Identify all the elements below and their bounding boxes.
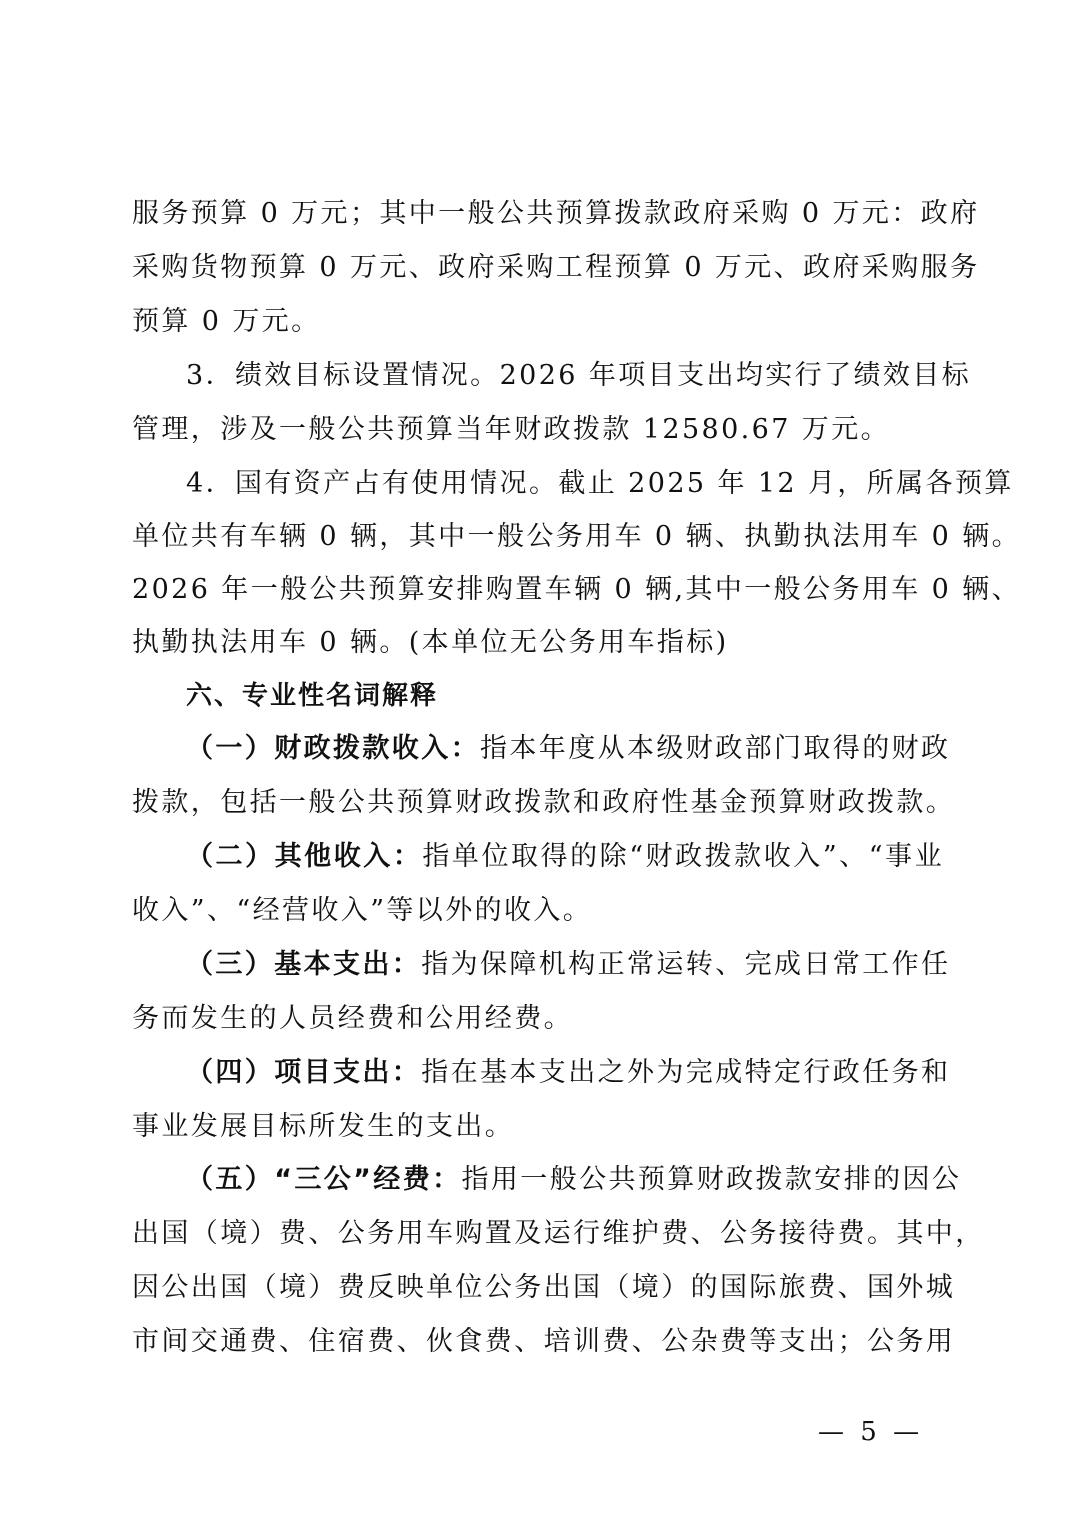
paragraph-line: 3．绩效目标设置情况。2026 年项目支出均实行了绩效目标 (186, 358, 944, 394)
definition-line: （一）财政拨款收入：指本年度从本级财政部门取得的财政 (186, 731, 944, 767)
definition-line: 拨款，包括一般公共预算财政拨款和政府性基金预算财政拨款。 (132, 785, 944, 821)
definition-text: 指在基本支出之外为完成特定行政任务和 (421, 1057, 950, 1088)
paragraph-line: 单位共有车辆 0 辆，其中一般公务用车 0 辆、执勤执法用车 0 辆。 (132, 519, 944, 555)
definition-text: 指单位取得的除“财政拨款收入”、“事业 (422, 841, 944, 872)
paragraph-line: 4．国有资产占有使用情况。截止 2025 年 12 月，所属各预算 (186, 466, 944, 502)
definition-text: 指用一般公共预算财政拨款安排的因公 (462, 1164, 962, 1195)
document-page: 服务预算 0 万元；其中一般公共预算拨款政府采购 0 万元：政府 采购货物预算 … (0, 0, 1074, 1520)
definition-line: 因公出国（境）费反映单位公务出国（境）的国际旅费、国外城 (132, 1270, 944, 1306)
definition-line: （五）“三公”经费：指用一般公共预算财政拨款安排的因公 (186, 1162, 944, 1198)
paragraph-line: 执勤执法用车 0 辆。(本单位无公务用车指标) (132, 625, 944, 661)
definition-line: 出国（境）费、公务用车购置及运行维护费、公务接待费。其中， (132, 1216, 944, 1252)
definition-text: 指为保障机构正常运转、完成日常工作任 (421, 949, 950, 980)
definition-line: （三）基本支出：指为保障机构正常运转、完成日常工作任 (186, 947, 944, 983)
definition-line: 事业发展目标所发生的支出。 (132, 1109, 944, 1145)
page-number: — 5 — (818, 1414, 923, 1450)
definition-text: 指本年度从本级财政部门取得的财政 (480, 733, 950, 764)
section-heading: 六、专业性名词解释 (186, 678, 438, 714)
definition-line: （四）项目支出：指在基本支出之外为完成特定行政任务和 (186, 1055, 944, 1091)
definition-line: （二）其他收入：指单位取得的除“财政拨款收入”、“事业 (186, 839, 944, 875)
definition-term: （五）“三公”经费： (186, 1164, 462, 1195)
definition-term: （二）其他收入： (186, 841, 422, 872)
paragraph-line: 管理，涉及一般公共预算当年财政拨款 12580.67 万元。 (132, 412, 944, 448)
paragraph-line: 服务预算 0 万元；其中一般公共预算拨款政府采购 0 万元：政府 (132, 196, 944, 232)
definition-term: （三）基本支出： (186, 949, 421, 980)
definition-line: 收入”、“经营收入”等以外的收入。 (132, 893, 944, 929)
paragraph-line: 采购货物预算 0 万元、政府采购工程预算 0 万元、政府采购服务 (132, 250, 944, 286)
definition-term: （四）项目支出： (186, 1057, 421, 1088)
definition-line: 务而发生的人员经费和公用经费。 (132, 1001, 944, 1037)
definition-term: （一）财政拨款收入： (186, 733, 480, 764)
definition-line: 市间交通费、住宿费、伙食费、培训费、公杂费等支出；公务用 (132, 1324, 944, 1360)
paragraph-line: 2026 年一般公共预算安排购置车辆 0 辆,其中一般公务用车 0 辆、 (132, 572, 944, 608)
paragraph-line: 预算 0 万元。 (132, 304, 944, 340)
